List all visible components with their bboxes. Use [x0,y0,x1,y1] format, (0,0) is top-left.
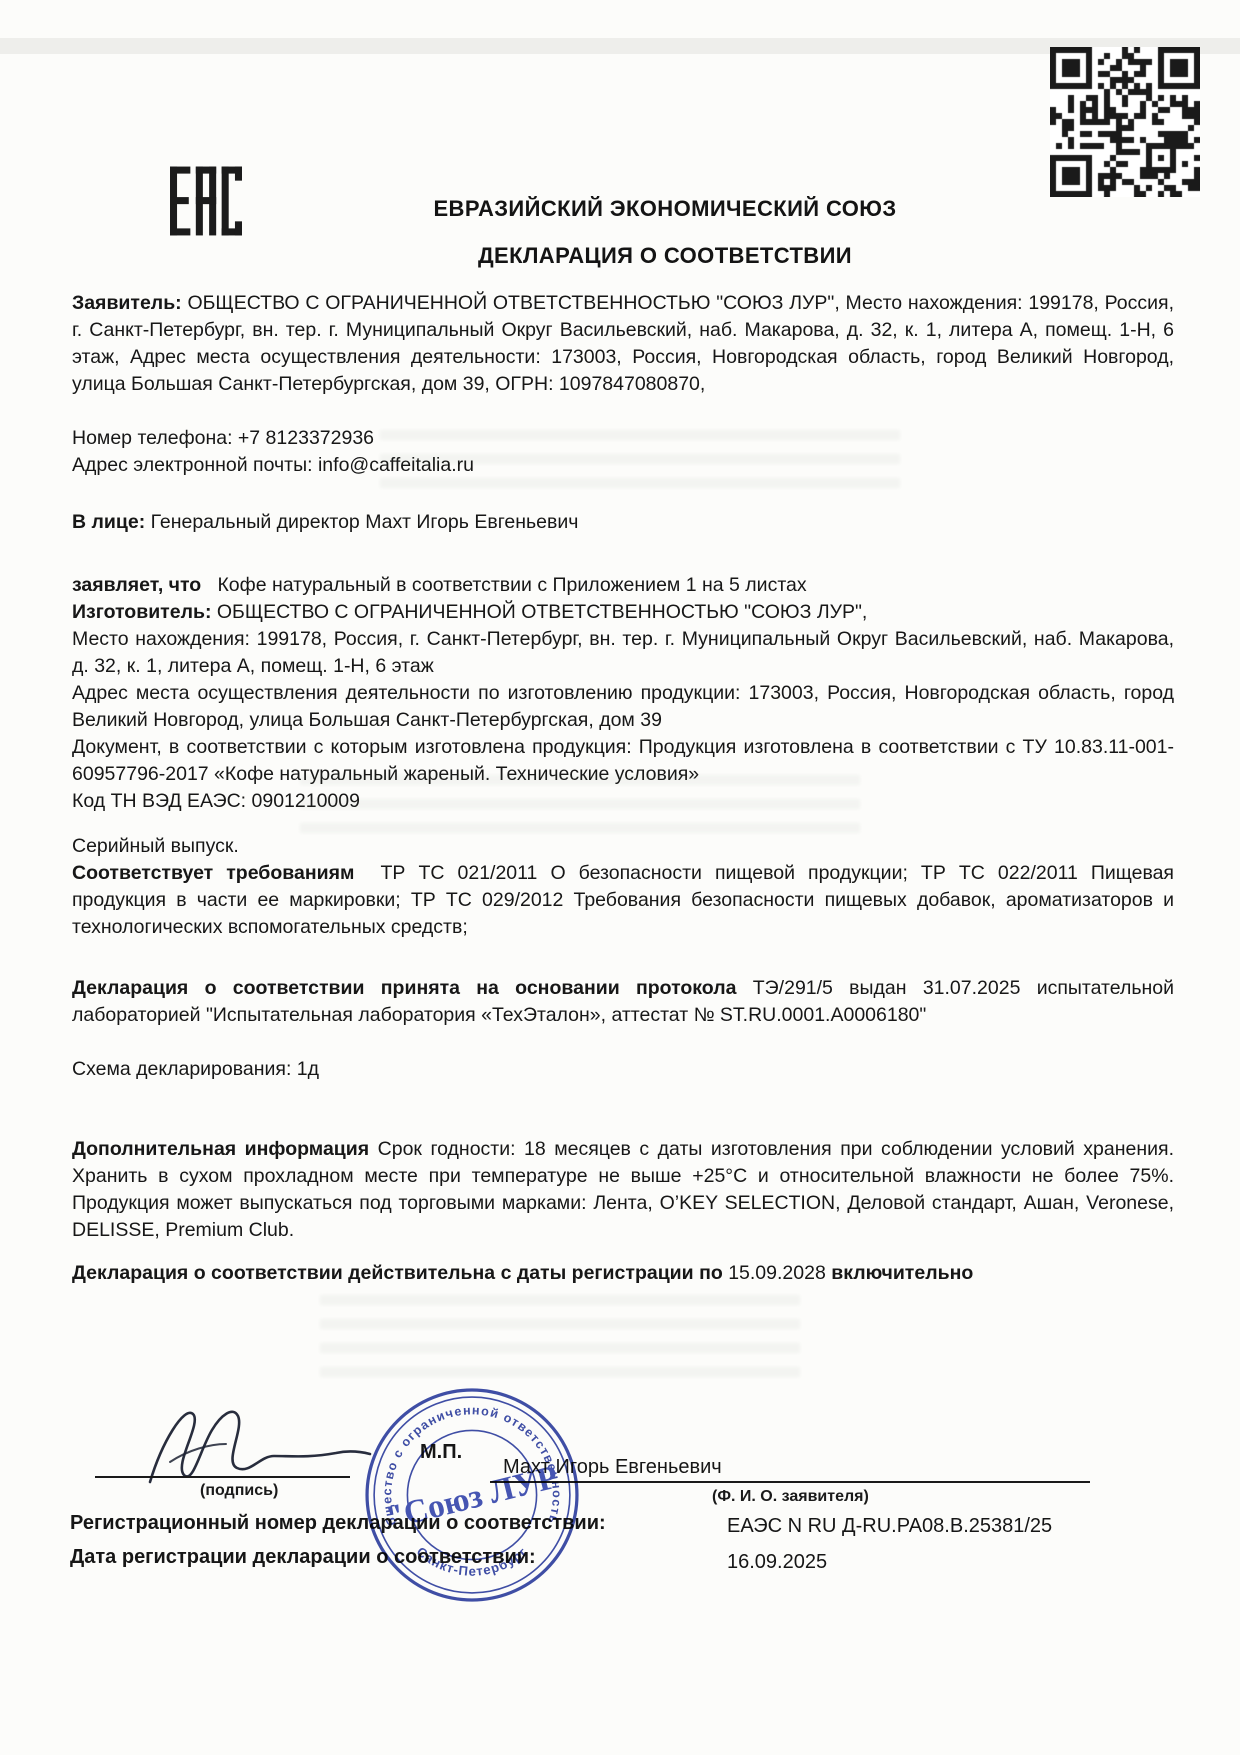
additional-info-paragraph: Дополнительная информация Срок годности:… [72,1136,1174,1244]
declares-line: заявляет, что Кофе натуральный в соответ… [72,572,1174,599]
applicant-paragraph: Заявитель: ОБЩЕСТВО С ОГРАНИЧЕННОЙ ОТВЕТ… [72,290,1174,398]
protocol-paragraph: Декларация о соответствии принята на осн… [72,975,1174,1029]
union-title: ЕВРАЗИЙСКИЙ ЭКОНОМИЧЕСКИЙ СОЮЗ [110,196,1220,222]
signature-underline [95,1476,350,1478]
validity-line: Декларация о соответствии действительна … [72,1260,1174,1287]
qr-code [1050,47,1200,197]
reg-date-value: 16.09.2025 [727,1551,827,1574]
manufacturer-line: Изготовитель: ОБЩЕСТВО С ОГРАНИЧЕННОЙ ОТ… [72,599,1174,626]
declaration-document-page: ЕВРАЗИЙСКИЙ ЭКОНОМИЧЕСКИЙ СОЮЗ ДЕКЛАРАЦИ… [0,0,1240,1755]
stamp-center-text: "Союз ЛУР [382,1458,562,1536]
manufacturer-location-paragraph: Место нахождения: 199178, Россия, г. Сан… [72,626,1174,680]
reg-number-value: ЕАЭС N RU Д-RU.РА08.В.25381/25 [727,1515,1052,1538]
declaration-scheme-line: Схема декларирования: 1д [72,1056,1174,1083]
bleed-through-artifact [380,430,900,490]
bleed-through-artifact [300,775,860,845]
fio-caption: (Ф. И. О. заявителя) [712,1488,869,1506]
compliance-paragraph: Соответствует требованиям ТР ТС 021/2011… [72,860,1174,941]
signature-caption: (подпись) [200,1482,278,1500]
stamp-bottom-text: Санкт-Петербург [414,1544,531,1579]
in-person-line: В лице: Генеральный директор Махт Игорь … [72,509,1174,536]
company-stamp: Общество с ограниченной ответственностью… [362,1384,582,1606]
manufacturer-address-paragraph: Адрес места осуществления деятельности п… [72,680,1174,734]
document-title: ДЕКЛАРАЦИЯ О СООТВЕТСТВИИ [110,243,1220,269]
bleed-through-artifact [320,1295,800,1385]
svg-text:Санкт-Петербург: Санкт-Петербург [414,1544,531,1579]
